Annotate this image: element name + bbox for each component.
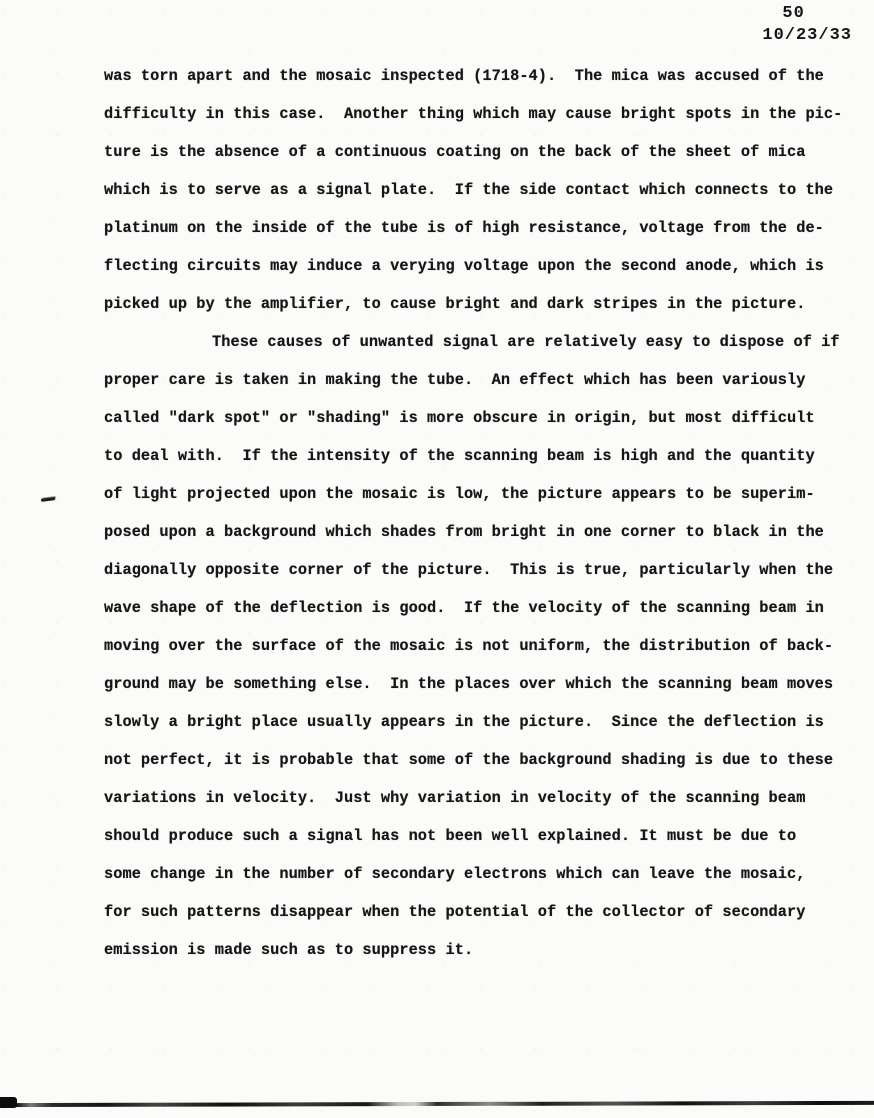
text-line: some change in the number of secondary e… (104, 855, 864, 893)
scan-edge-blob (0, 1097, 17, 1108)
text-line: ground may be something else. In the pla… (104, 665, 864, 703)
text-line: platinum on the inside of the tube is of… (104, 209, 864, 247)
text-line: should produce such a signal has not bee… (104, 817, 864, 855)
text-line: which is to serve as a signal plate. If … (104, 171, 864, 209)
text-line: difficulty in this case. Another thing w… (104, 95, 864, 133)
scanned-document-page: { "colors": { "paper": "#fbfbf9", "ink":… (0, 0, 874, 1118)
text-line: not perfect, it is probable that some of… (104, 741, 864, 779)
text-line: ture is the absence of a continuous coat… (104, 133, 864, 171)
typed-text-block: was torn apart and the mosaic inspected … (104, 57, 864, 969)
text-line: flecting circuits may induce a verying v… (104, 247, 864, 285)
scan-edge-artifact (0, 1101, 874, 1107)
text-line: moving over the surface of the mosaic is… (104, 627, 864, 665)
text-line: diagonally opposite corner of the pictur… (104, 551, 864, 589)
text-line: emission is made such as to suppress it. (104, 931, 864, 969)
text-line: slowly a bright place usually appears in… (104, 703, 864, 741)
text-line: wave shape of the deflection is good. If… (104, 589, 864, 627)
text-line: These causes of unwanted signal are rela… (104, 323, 864, 361)
text-line: of light projected upon the mosaic is lo… (104, 475, 864, 513)
text-line: posed upon a background which shades fro… (104, 513, 864, 551)
page-date: 10/23/33 (762, 25, 852, 47)
page-number: 50 (762, 3, 852, 25)
text-line: picked up by the amplifier, to cause bri… (104, 285, 864, 323)
text-line: for such patterns disappear when the pot… (104, 893, 864, 931)
text-line: was torn apart and the mosaic inspected … (104, 57, 864, 95)
text-line: proper care is taken in making the tube.… (104, 361, 864, 399)
page-header: 50 10/23/33 (762, 3, 852, 47)
text-line: called "dark spot" or "shading" is more … (104, 399, 864, 437)
text-line: to deal with. If the intensity of the sc… (104, 437, 864, 475)
text-line: variations in velocity. Just why variati… (104, 779, 864, 817)
margin-pencil-mark (41, 497, 55, 502)
